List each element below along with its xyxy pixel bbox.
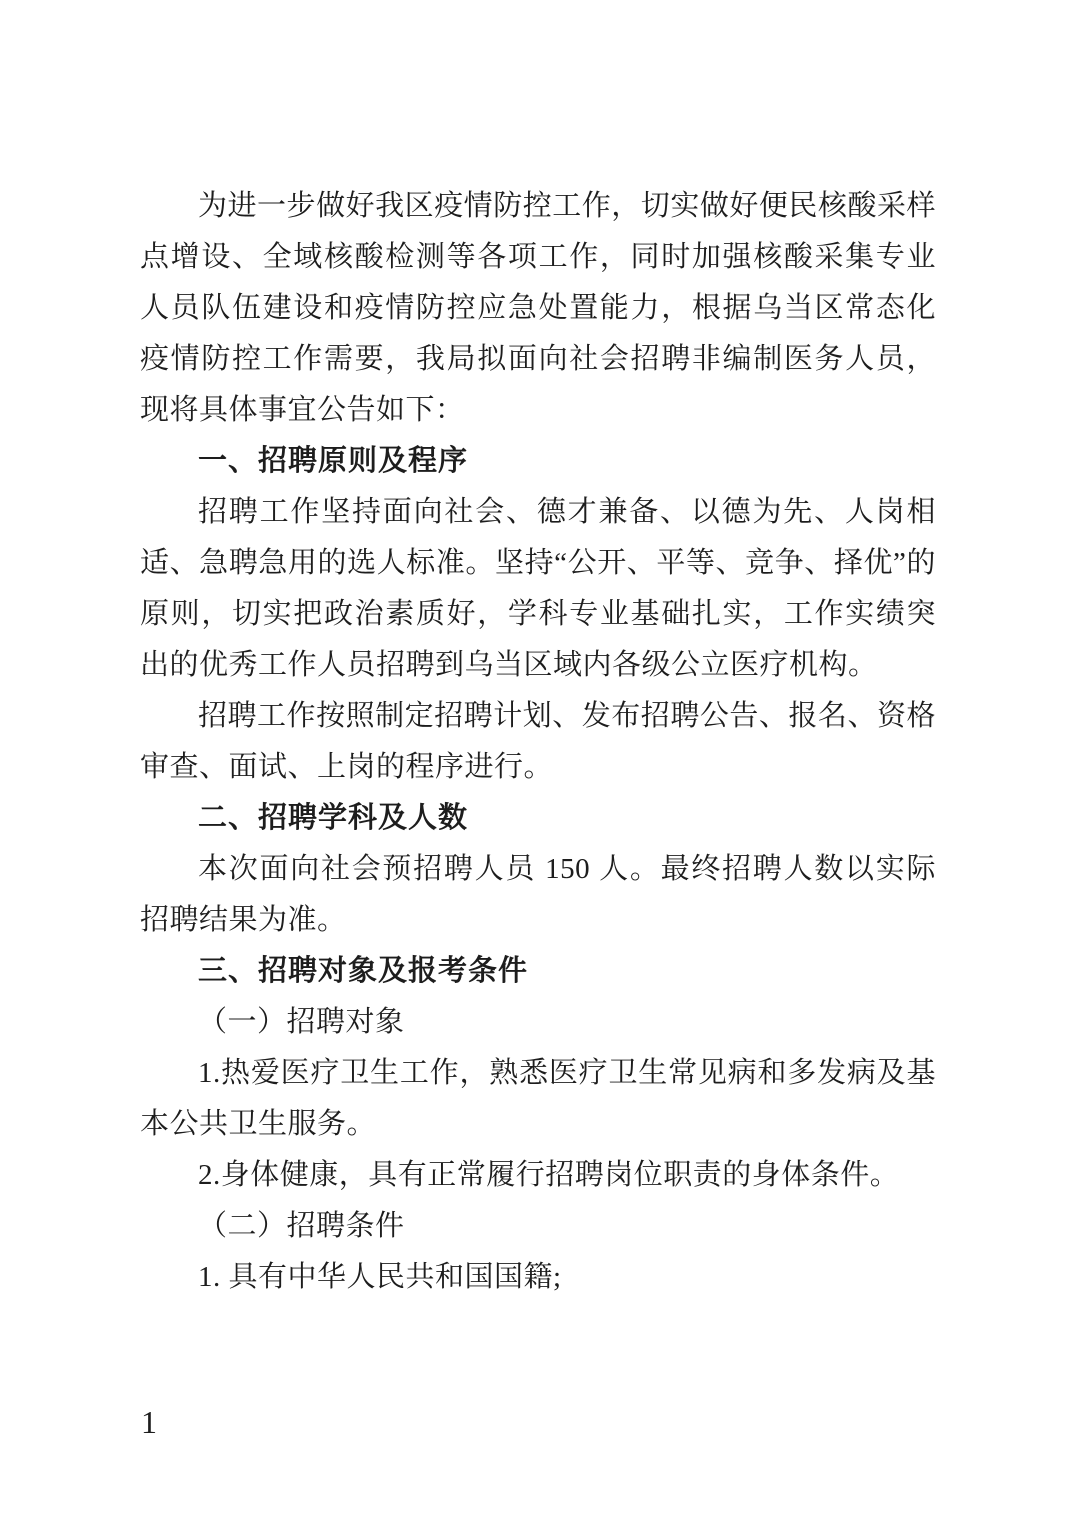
item-condition-1: 1. 具有中华人民共和国国籍; — [140, 1252, 936, 1303]
subsection-heading-recruit-target: （一）招聘对象 — [140, 997, 936, 1048]
document-body: 为进一步做好我区疫情防控工作，切实做好便民核酸采样点增设、全域核酸检测等各项工作… — [140, 181, 936, 1303]
paragraph-principles: 招聘工作坚持面向社会、德才兼备、以德为先、人岗相适、急聘急用的选人标准。坚持“公… — [140, 487, 936, 691]
intro-paragraph: 为进一步做好我区疫情防控工作，切实做好便民核酸采样点增设、全域核酸检测等各项工作… — [140, 181, 936, 436]
document-page: 为进一步做好我区疫情防控工作，切实做好便民核酸采样点增设、全域核酸检测等各项工作… — [0, 0, 1074, 1520]
item-target-1: 1.热爱医疗卫生工作，熟悉医疗卫生常见病和多发病及基本公共卫生服务。 — [140, 1048, 936, 1150]
section-heading-targets-conditions: 三、招聘对象及报考条件 — [140, 946, 936, 997]
section-heading-principles: 一、招聘原则及程序 — [140, 436, 936, 487]
item-target-2: 2.身体健康，具有正常履行招聘岗位职责的身体条件。 — [140, 1150, 936, 1201]
section-heading-subjects-headcount: 二、招聘学科及人数 — [140, 793, 936, 844]
paragraph-procedure: 招聘工作按照制定招聘计划、发布招聘公告、报名、资格审查、面试、上岗的程序进行。 — [140, 691, 936, 793]
subsection-heading-recruit-conditions: （二）招聘条件 — [140, 1201, 936, 1252]
page-number: 1 — [141, 1402, 157, 1442]
paragraph-headcount: 本次面向社会预招聘人员 150 人。最终招聘人数以实际招聘结果为准。 — [140, 844, 936, 946]
